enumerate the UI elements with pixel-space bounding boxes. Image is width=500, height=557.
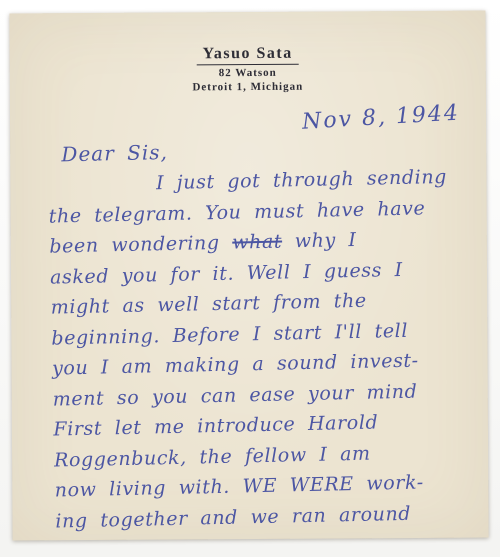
letterhead: Yasuo Sata 82 Watson Detroit 1, Michigan	[10, 44, 486, 95]
letterhead-address: 82 Watson	[10, 66, 486, 81]
letter-paper: Yasuo Sata 82 Watson Detroit 1, Michigan…	[9, 11, 488, 541]
letterhead-city: Detroit 1, Michigan	[10, 80, 486, 95]
scan-background: Yasuo Sata 82 Watson Detroit 1, Michigan…	[0, 0, 500, 557]
letterhead-name: Yasuo Sata	[197, 45, 299, 66]
letter-body: Dear Sis, I just got through sending the…	[47, 129, 486, 536]
line-segment: been wondering	[49, 232, 232, 258]
line-segment: why I	[282, 229, 357, 253]
struck-word: what	[232, 231, 282, 254]
